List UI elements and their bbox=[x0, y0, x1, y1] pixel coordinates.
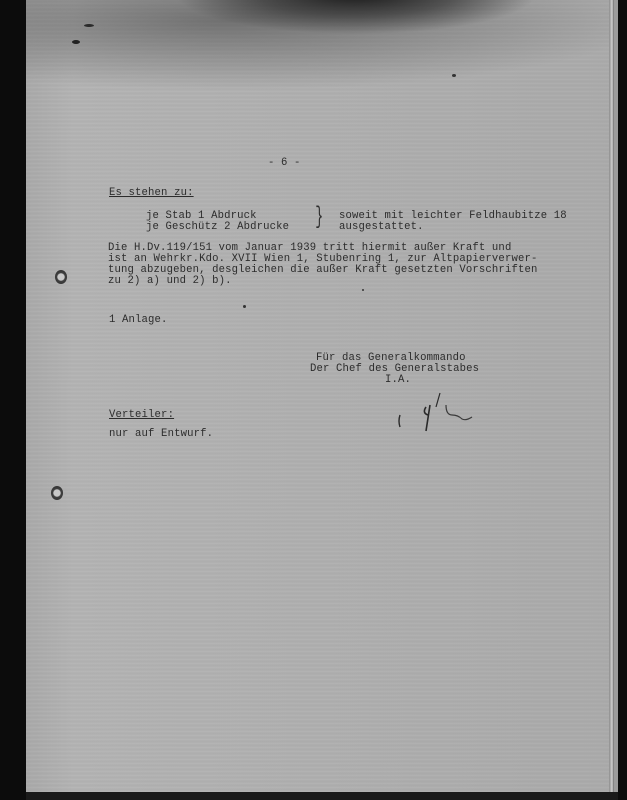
page-bottom-edge bbox=[26, 792, 618, 800]
allocation-row-geschuetz: je Geschütz 2 Abdrucke bbox=[146, 222, 289, 233]
distribution-label: Verteiler: bbox=[109, 410, 174, 421]
speck bbox=[452, 74, 456, 77]
page-edge-underlay bbox=[614, 0, 618, 796]
distribution-value: nur auf Entwurf. bbox=[109, 429, 213, 440]
allocation-condition-line2: ausgestattet. bbox=[339, 222, 424, 233]
speck bbox=[72, 40, 80, 44]
enclosure-note: 1 Anlage. bbox=[109, 315, 168, 326]
punch-hole-top bbox=[55, 270, 67, 284]
page-number: - 6 - bbox=[268, 158, 301, 169]
punch-hole-bottom bbox=[51, 486, 63, 500]
speck bbox=[362, 289, 364, 291]
speck bbox=[84, 24, 94, 27]
paragraph-line-4: zu 2) a) und 2) b). bbox=[108, 276, 232, 287]
scanned-page bbox=[26, 0, 612, 796]
heading: Es stehen zu: bbox=[109, 188, 194, 199]
handwritten-signature-icon bbox=[390, 385, 490, 435]
speck bbox=[243, 305, 246, 308]
right-brace-icon: } bbox=[315, 206, 323, 230]
